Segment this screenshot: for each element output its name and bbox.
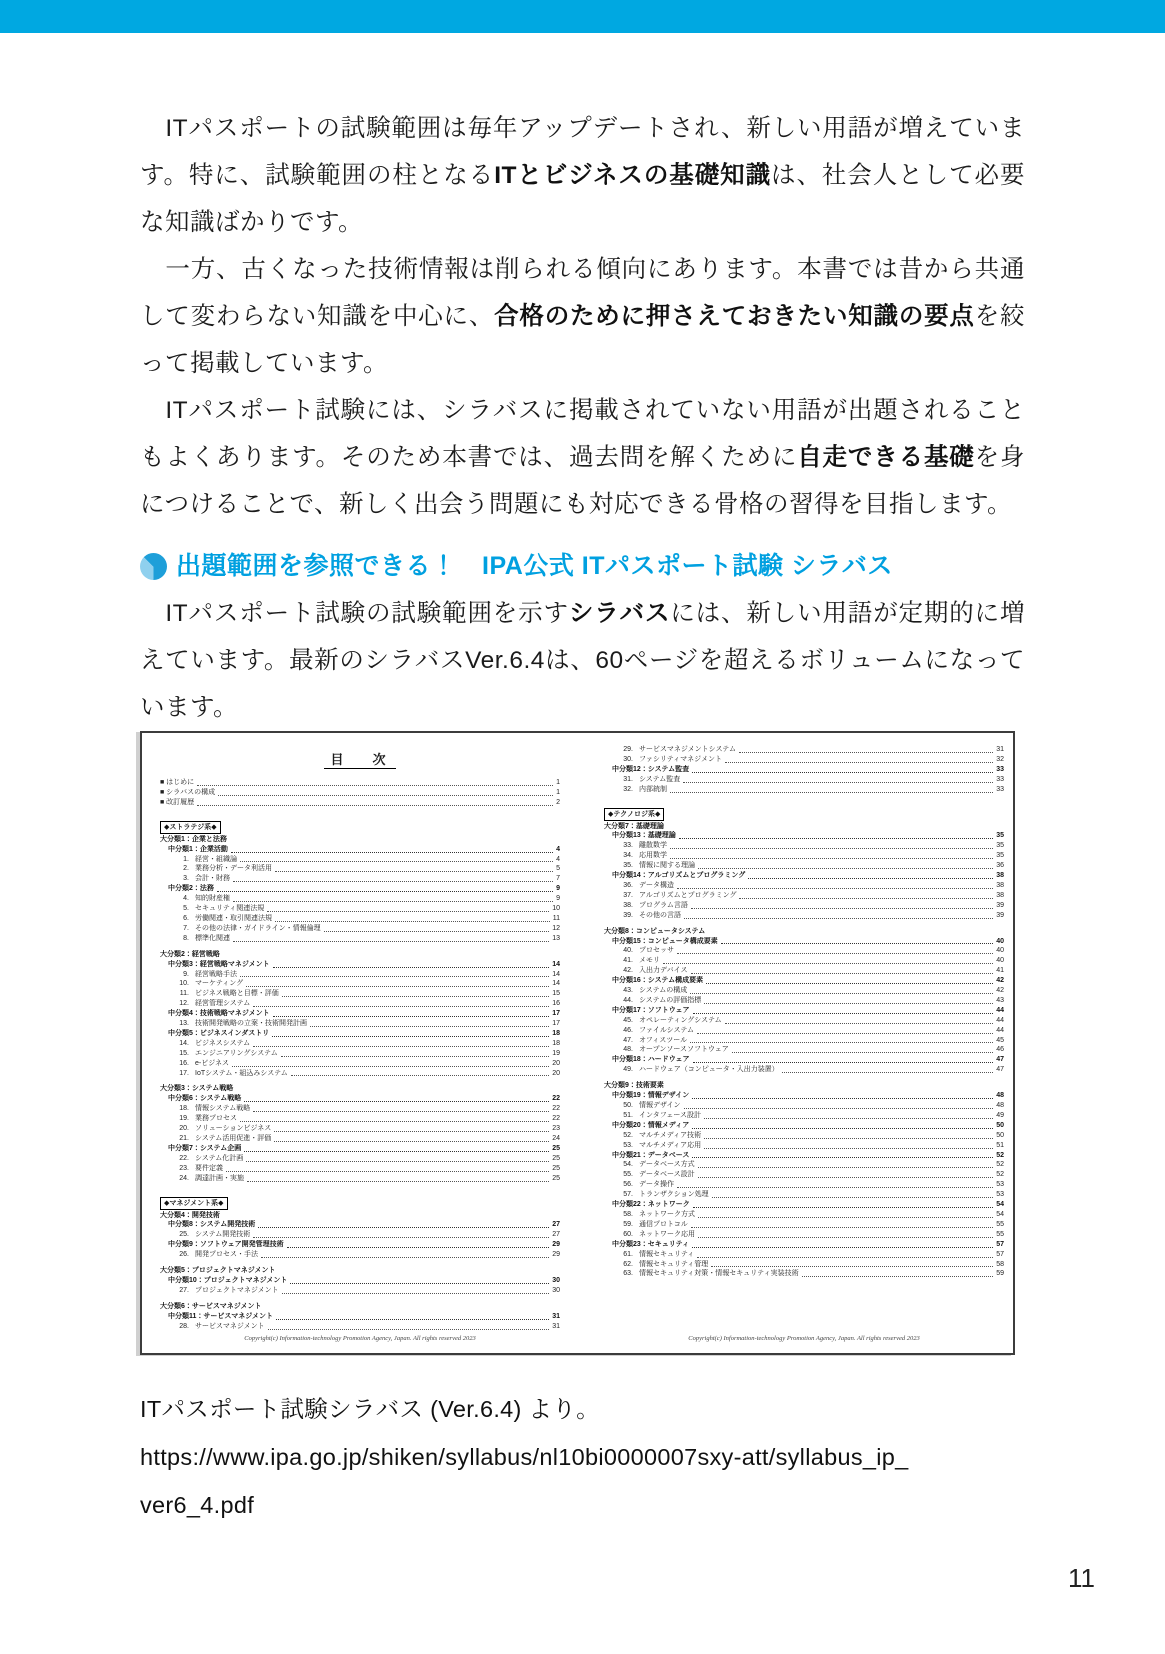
toc-row: 40.プロセッサ40 (604, 946, 1004, 956)
pie-circle-icon (140, 553, 167, 580)
toc-row: 18.情報システム戦略22 (160, 1104, 560, 1114)
toc-row: 59.通信プロトコル55 (604, 1220, 1004, 1230)
toc-right-column: 29.サービスマネジメントシステム3130.ファシリティマネジメント32中分類1… (604, 745, 1004, 1279)
toc-row: 29.サービスマネジメントシステム31 (604, 745, 1004, 755)
toc-major-heading: 大分類5：プロジェクトマネジメント (160, 1266, 560, 1276)
toc-row: 57.トランザクション処理53 (604, 1190, 1004, 1200)
toc-major-heading: 大分類8：コンピュータシステム (604, 927, 1004, 937)
toc-row: 28.サービスマネジメント31 (160, 1322, 560, 1332)
syllabus-paragraphs: ITパスポート試験の試験範囲を示すシラバスには、新しい用語が定期的に増えています… (140, 590, 1025, 731)
toc-major-heading: 大分類2：経営戦略 (160, 950, 560, 960)
toc-row: 8.標準化関連13 (160, 934, 560, 944)
toc-row: 32.内部統制33 (604, 785, 1004, 795)
toc-row: 中分類22：ネットワーク54 (604, 1200, 1004, 1210)
toc-row: 21.システム活用促進・評価24 (160, 1134, 560, 1144)
toc-row: 1.経営・組織論4 (160, 855, 560, 865)
toc-row: 10.マーケティング14 (160, 979, 560, 989)
toc-row: 15.エンジニアリングシステム19 (160, 1049, 560, 1059)
paragraph: ITパスポートの試験範囲は毎年アップデートされ、新しい用語が増えています。特に、… (140, 105, 1025, 246)
toc-row: 25.システム開発技術27 (160, 1230, 560, 1240)
toc-row: ■ シラバスの構成1 (160, 788, 560, 798)
toc-row: 52.マルチメディア技術50 (604, 1131, 1004, 1141)
toc-row: 58.ネットワーク方式54 (604, 1210, 1004, 1220)
toc-row: 22.システム化計画25 (160, 1154, 560, 1164)
toc-row: 35.情報に関する理論36 (604, 861, 1004, 871)
toc-row: 中分類6：システム戦略22 (160, 1094, 560, 1104)
toc-row: 5.セキュリティ関連法規10 (160, 904, 560, 914)
toc-row: 4.知的財産権9 (160, 894, 560, 904)
toc-row: 26.開発プロセス・手法29 (160, 1250, 560, 1260)
toc-row: 中分類4：技術戦略マネジメント17 (160, 1009, 560, 1019)
toc-row: 55.データベース設計52 (604, 1170, 1004, 1180)
intro-paragraphs: ITパスポートの試験範囲は毎年アップデートされ、新しい用語が増えています。特に、… (140, 105, 1025, 528)
toc-row: 48.オープンソースソフトウェア46 (604, 1045, 1004, 1055)
toc-row: 46.ファイルシステム44 (604, 1026, 1004, 1036)
caption-url-line1: https://www.ipa.go.jp/shiken/syllabus/nl… (140, 1433, 1025, 1481)
section-heading-text: 出題範囲を参照できる！ IPA公式 ITパスポート試験 シラバス (176, 543, 893, 590)
toc-row: 13.技術開発戦略の立案・技術開発計画17 (160, 1019, 560, 1029)
toc-row: 14.ビジネスシステム18 (160, 1039, 560, 1049)
toc-row: 47.オフィスツール45 (604, 1036, 1004, 1046)
toc-row: 63.情報セキュリティ対策・情報セキュリティ実装技術59 (604, 1269, 1004, 1279)
toc-row: 2.業務分析・データ利活用5 (160, 864, 560, 874)
top-accent-bar (0, 0, 1165, 33)
toc-row: 62.情報セキュリティ管理58 (604, 1260, 1004, 1270)
toc-row: 中分類21：データベース52 (604, 1151, 1004, 1161)
toc-row: 19.業務プロセス22 (160, 1114, 560, 1124)
toc-row: 中分類14：アルゴリズムとプログラミング38 (604, 871, 1004, 881)
toc-row: 3.会計・財務7 (160, 874, 560, 884)
toc-row: 中分類19：情報デザイン48 (604, 1091, 1004, 1101)
toc-major-heading: 大分類7：基礎理論 (604, 822, 1004, 832)
toc-row: 中分類11：サービスマネジメント31 (160, 1312, 560, 1322)
toc-row: 12.経営管理システム16 (160, 999, 560, 1009)
toc-row: 中分類17：ソフトウェア44 (604, 1006, 1004, 1016)
toc-row: 20.ソリューションビジネス23 (160, 1124, 560, 1134)
syllabus-toc-figure: 目 次 ■ はじめに1■ シラバスの構成1■ 改訂履歴2◆ストラテジ系◆大分類1… (140, 731, 1025, 1355)
main-content: ITパスポートの試験範囲は毎年アップデートされ、新しい用語が増えています。特に、… (0, 33, 1165, 1529)
page-number: 11 (1068, 1563, 1095, 1594)
toc-gap (604, 795, 1004, 801)
toc-row: 27.プロジェクトマネジメント30 (160, 1286, 560, 1296)
toc-category-tag: ◆ストラテジ系◆ (160, 816, 560, 834)
figure-caption: ITパスポート試験シラバス (Ver.6.4) より。 https://www.… (140, 1385, 1025, 1529)
toc-major-heading: 大分類4：開発技術 (160, 1211, 560, 1221)
toc-row: 51.インタフェース設計49 (604, 1111, 1004, 1121)
toc-row: 中分類20：情報メディア50 (604, 1121, 1004, 1131)
toc-row: 中分類15：コンピュータ構成要素40 (604, 937, 1004, 947)
toc-row: 中分類9：ソフトウェア開発管理技術29 (160, 1240, 560, 1250)
toc-row: 61.情報セキュリティ57 (604, 1250, 1004, 1260)
toc-row: 37.アルゴリズムとプログラミング38 (604, 891, 1004, 901)
section-heading: 出題範囲を参照できる！ IPA公式 ITパスポート試験 シラバス (140, 543, 1025, 590)
toc-row: 7.その他の法律・ガイドライン・情報倫理12 (160, 924, 560, 934)
toc-row: 34.応用数学35 (604, 851, 1004, 861)
paragraph: ITパスポート試験には、シラバスに掲載されていない用語が出題されることもよくあり… (140, 387, 1025, 528)
toc-row: 38.プログラム言語39 (604, 901, 1004, 911)
toc-row: 43.システムの構成42 (604, 986, 1004, 996)
toc-row: 50.情報デザイン48 (604, 1101, 1004, 1111)
toc-major-heading: 大分類9：技術要素 (604, 1081, 1004, 1091)
caption-url-line2: ver6_4.pdf (140, 1481, 1025, 1529)
toc-gap (160, 808, 560, 814)
toc-row: 42.入出力デバイス41 (604, 966, 1004, 976)
toc-row: 54.データベース方式52 (604, 1160, 1004, 1170)
syllabus-toc-image: 目 次 ■ はじめに1■ シラバスの構成1■ 改訂履歴2◆ストラテジ系◆大分類1… (140, 731, 1015, 1355)
toc-row: 16.e-ビジネス20 (160, 1059, 560, 1069)
toc-row: 56.データ操作53 (604, 1180, 1004, 1190)
toc-row: 中分類8：システム開発技術27 (160, 1220, 560, 1230)
toc-row: 中分類1：企業活動4 (160, 845, 560, 855)
toc-left-column: 目 次 ■ はじめに1■ シラバスの構成1■ 改訂履歴2◆ストラテジ系◆大分類1… (160, 745, 560, 1332)
toc-row: 中分類3：経営戦略マネジメント14 (160, 960, 560, 970)
toc-row: 中分類7：システム企画25 (160, 1144, 560, 1154)
toc-row: 49.ハードウェア（コンピュータ・入出力装置）47 (604, 1065, 1004, 1075)
toc-major-heading: 大分類1：企業と法務 (160, 835, 560, 845)
book-page: ITパスポートの試験範囲は毎年アップデートされ、新しい用語が増えています。特に、… (0, 0, 1165, 1654)
toc-category-tag: ◆テクノロジ系◆ (604, 803, 1004, 821)
paragraph: ITパスポート試験の試験範囲を示すシラバスには、新しい用語が定期的に増えています… (140, 590, 1025, 731)
toc-row: 中分類5：ビジネスインダストリ18 (160, 1029, 560, 1039)
toc-category-tag: ◆マネジメント系◆ (160, 1192, 560, 1210)
toc-row: 60.ネットワーク応用55 (604, 1230, 1004, 1240)
paragraph: 一方、古くなった技術情報は削られる傾向にあります。本書では昔から共通して変わらな… (140, 246, 1025, 387)
toc-row: 11.ビジネス戦略と目標・評価15 (160, 989, 560, 999)
toc-row: 中分類12：システム監査33 (604, 765, 1004, 775)
toc-row: 45.オペレーティングシステム44 (604, 1016, 1004, 1026)
toc-row: 中分類2：法務9 (160, 884, 560, 894)
toc-row: 17.IoTシステム・組込みシステム20 (160, 1069, 560, 1079)
toc-row: 39.その他の言語39 (604, 911, 1004, 921)
toc-row: 中分類18：ハードウェア47 (604, 1055, 1004, 1065)
toc-row: 31.システム監査33 (604, 775, 1004, 785)
toc-row: 中分類16：システム構成要素42 (604, 976, 1004, 986)
toc-gap (160, 1184, 560, 1190)
toc-copyright-left: Copyright(c) Information-technology Prom… (160, 1335, 560, 1342)
toc-row: 23.要件定義25 (160, 1164, 560, 1174)
toc-row: 中分類13：基礎理論35 (604, 831, 1004, 841)
toc-row: 9.経営戦略手法14 (160, 970, 560, 980)
toc-row: 36.データ構造38 (604, 881, 1004, 891)
toc-major-heading: 大分類3：システム戦略 (160, 1084, 560, 1094)
toc-row: 中分類23：セキュリティ57 (604, 1240, 1004, 1250)
toc-row: 30.ファシリティマネジメント32 (604, 755, 1004, 765)
toc-row: 44.システムの評価指標43 (604, 996, 1004, 1006)
toc-row: 中分類10：プロジェクトマネジメント30 (160, 1276, 560, 1286)
toc-row: ■ 改訂履歴2 (160, 798, 560, 808)
toc-major-heading: 大分類6：サービスマネジメント (160, 1302, 560, 1312)
toc-row: 33.離散数学35 (604, 841, 1004, 851)
toc-row: 41.メモリ40 (604, 956, 1004, 966)
toc-row: 53.マルチメディア応用51 (604, 1141, 1004, 1151)
toc-row: ■ はじめに1 (160, 778, 560, 788)
toc-copyright-right: Copyright(c) Information-technology Prom… (604, 1335, 1004, 1342)
toc-row: 6.労働関連・取引関連法規11 (160, 914, 560, 924)
toc-title: 目 次 (160, 749, 560, 769)
toc-row: 24.調達計画・実施25 (160, 1174, 560, 1184)
caption-source: ITパスポート試験シラバス (Ver.6.4) より。 (140, 1385, 1025, 1433)
